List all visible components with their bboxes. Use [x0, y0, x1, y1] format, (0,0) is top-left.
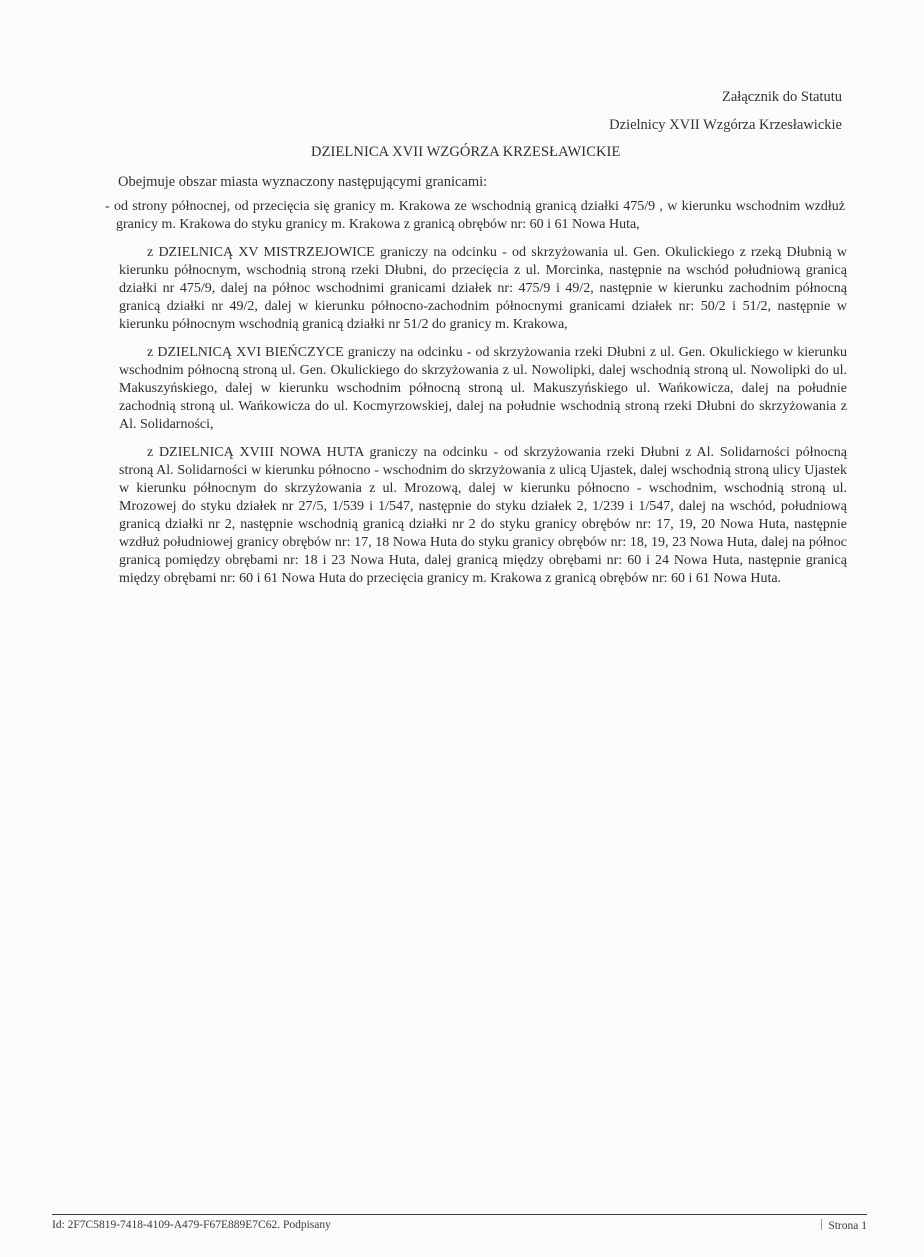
paragraph-bienczyce-boundary: z DZIELNICĄ XVI BIEŃCZYCE graniczy na od…	[119, 344, 847, 434]
document-page: Załącznik do Statutu Dzielnicy XVII Wzgó…	[0, 0, 924, 1257]
footer-divider	[52, 1214, 867, 1215]
footer-page-number: Strona 1	[821, 1219, 867, 1232]
annex-label-line2: Dzielnicy XVII Wzgórza Krzesławickie	[609, 117, 842, 134]
paragraph-north-boundary: - od strony północnej, od przecięcia się…	[116, 198, 845, 234]
paragraph-nowa-huta-boundary: z DZIELNICĄ XVIII NOWA HUTA graniczy na …	[119, 444, 847, 588]
document-title: DZIELNICA XVII WZGÓRZA KRZESŁAWICKIE	[311, 144, 620, 161]
paragraph-mistrzejowice-boundary: z DZIELNICĄ XV MISTRZEJOWICE graniczy na…	[119, 244, 847, 334]
intro-text: Obejmuje obszar miasta wyznaczony następ…	[118, 174, 487, 191]
document-body: - od strony północnej, od przecięcia się…	[105, 198, 845, 598]
annex-label-line1: Załącznik do Statutu	[722, 89, 842, 106]
footer-document-id: Id: 2F7C5819-7418-4109-A479-F67E889E7C62…	[52, 1219, 331, 1231]
